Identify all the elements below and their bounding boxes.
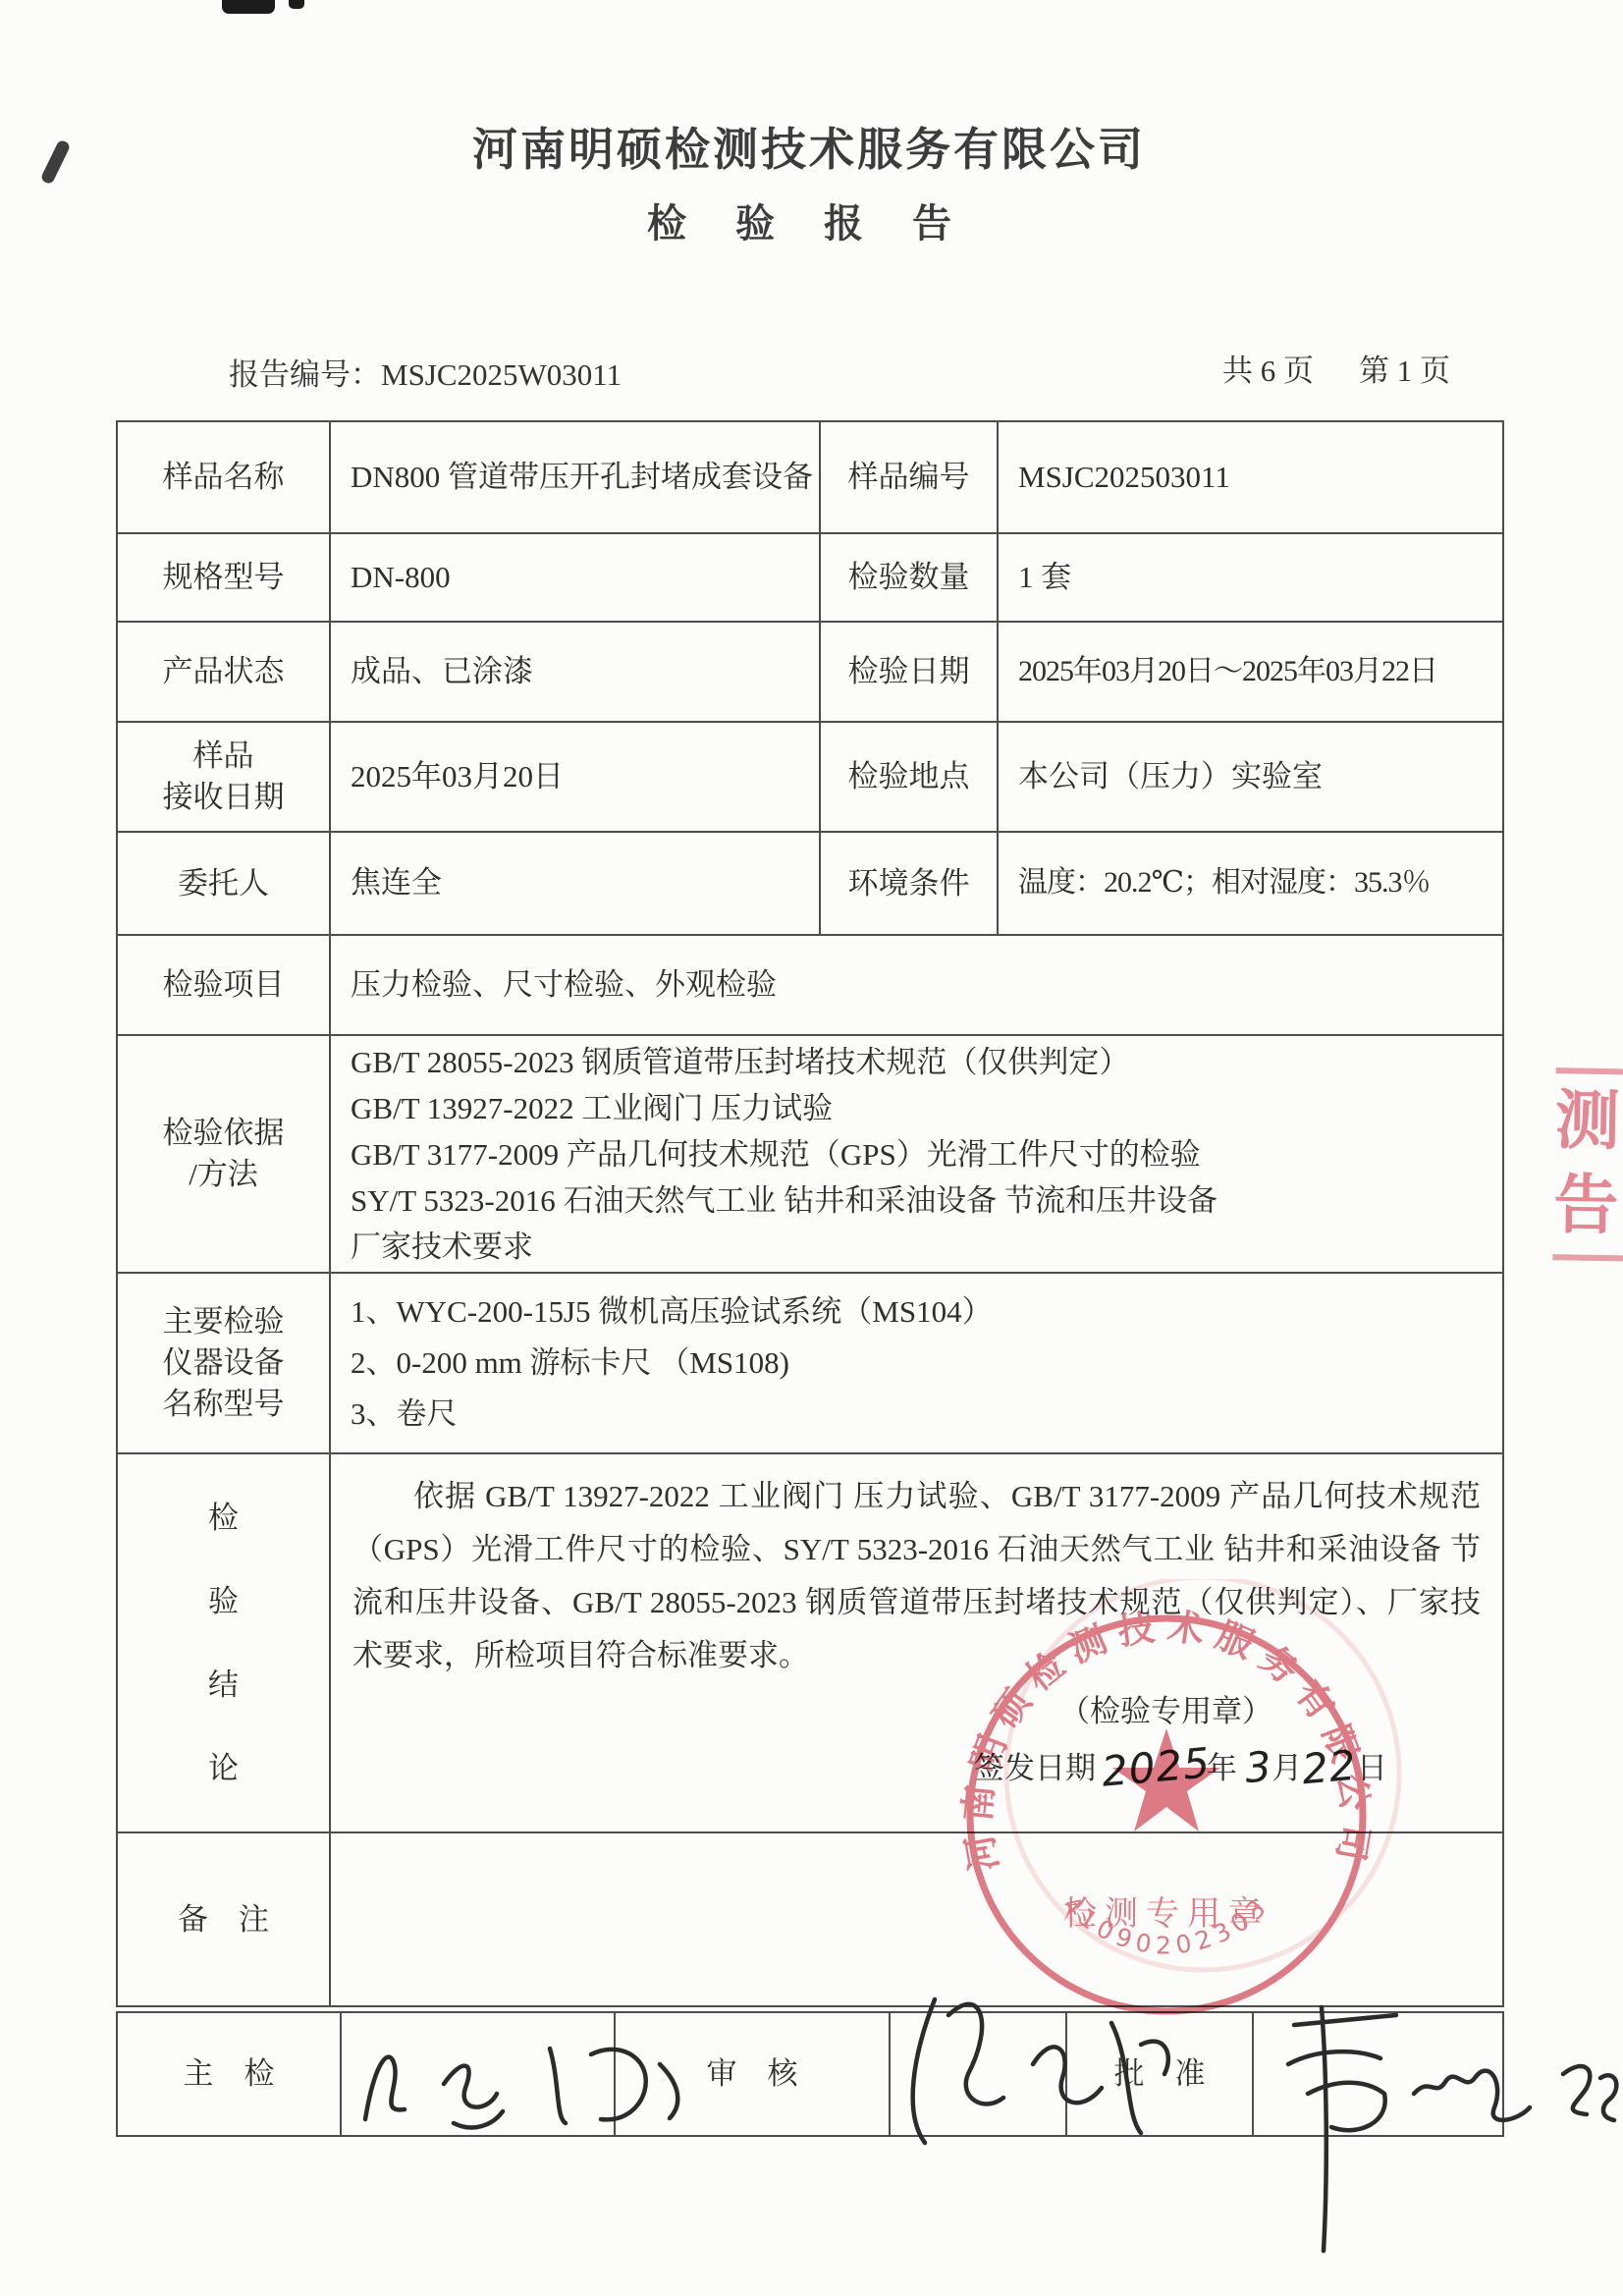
- report-no-value: MSJC2025W03011: [381, 357, 622, 392]
- items-value: 压力检验、尺寸检验、外观检验: [330, 935, 1503, 1035]
- env-value: 温度：20.2℃；相对湿度：35.3％: [998, 832, 1503, 935]
- instrument-line: 3、卷尺: [351, 1389, 1502, 1440]
- basis-line: SY/T 5323-2016 石油天然气工业 钻井和采油设备 节流和压井设备: [351, 1177, 1502, 1224]
- sample-name-value: DN800 管道带压开孔封堵成套设备: [330, 421, 820, 533]
- instrument-line: 2、0-200 mm 游标卡尺 （MS108): [351, 1338, 1502, 1389]
- place-label: 检验地点: [820, 722, 998, 832]
- approver-signature-cell: [1253, 2012, 1503, 2136]
- basis-line: GB/T 13927-2022 工业阀门 压力试验: [351, 1085, 1502, 1131]
- client-label: 委托人: [117, 832, 330, 935]
- sample-name-label: 样品名称: [117, 421, 330, 533]
- inspector-label: 主 检: [117, 2012, 341, 2136]
- qty-label: 检验数量: [820, 533, 998, 622]
- report-table: 样品名称 DN800 管道带压开孔封堵成套设备 样品编号 MSJC2025030…: [116, 420, 1504, 2007]
- report-no-label: 报告编号：: [229, 357, 381, 392]
- scan-smudge: [40, 138, 72, 185]
- basis-line: GB/T 28055-2023 钢质管道带压封堵技术规范（仅供判定）: [351, 1039, 1502, 1085]
- handwritten-day: 22: [1300, 1742, 1358, 1794]
- qty-value: 1 套: [998, 533, 1503, 622]
- scan-smudge: [289, 0, 304, 9]
- date-value: 2025年03月20日～2025年03月22日: [998, 622, 1503, 722]
- remark-value: [330, 1832, 1503, 2006]
- approver-label: 批 准: [1066, 2012, 1253, 2136]
- env-label: 环境条件: [820, 832, 998, 935]
- place-value: 本公司（压力）实验室: [998, 722, 1503, 832]
- basis-value: GB/T 28055-2023 钢质管道带压封堵技术规范（仅供判定） GB/T …: [330, 1035, 1503, 1273]
- basis-line: GB/T 3177-2009 产品几何技术规范（GPS）光滑工件尺寸的检验: [351, 1131, 1502, 1177]
- report-number-line: 报告编号：MSJC2025W03011: [229, 350, 622, 394]
- seal-note: （检验专用章）: [1059, 1692, 1502, 1731]
- basis-line: 厂家技术要求: [351, 1224, 1502, 1270]
- conclusion-cell: 依据 GB/T 13927-2022 工业阀门 压力试验、GB/T 3177-2…: [330, 1453, 1503, 1832]
- spec-label: 规格型号: [117, 533, 330, 622]
- state-value: 成品、已涂漆: [330, 622, 820, 722]
- pages-total: 共 6 页: [1222, 354, 1314, 388]
- instruments-label: 主要检验 仪器设备 名称型号: [117, 1273, 330, 1453]
- reviewer-label: 审 核: [615, 2012, 890, 2136]
- instrument-line: 1、WYC-200-15J5 微机高压验试系统（MS104）: [351, 1286, 1502, 1338]
- signature-row: 主 检 审 核 批 准: [116, 2011, 1504, 2137]
- conclusion-label: 检 验 结 论: [117, 1453, 330, 1832]
- inspector-signature-cell: [341, 2012, 615, 2136]
- handwritten-month: 3: [1243, 1743, 1274, 1792]
- sign-date-label: 签发日期: [974, 1751, 1096, 1785]
- company-title: 河南明硕检测技术服务有限公司: [116, 114, 1502, 179]
- sign-date-line: 签发日期2025年 3月22日: [974, 1741, 1502, 1792]
- state-label: 产品状态: [117, 622, 330, 722]
- report-page: 河南明硕检测技术服务有限公司 检 验 报 告 报告编号：MSJC2025W030…: [0, 0, 1623, 2296]
- sample-no-label: 样品编号: [820, 421, 998, 533]
- page-current: 第 1 页: [1359, 354, 1450, 388]
- sample-no-value: MSJC202503011: [998, 421, 1503, 533]
- items-label: 检验项目: [117, 935, 330, 1035]
- handwritten-year: 2025: [1100, 1739, 1213, 1795]
- page-info: 共 6 页第 1 页: [1222, 346, 1450, 390]
- client-value: 焦连全: [330, 832, 820, 935]
- scan-smudge: [222, 0, 275, 14]
- edge-seal-fragment: 测 告: [1552, 1067, 1623, 1262]
- receive-date-label: 样品 接收日期: [117, 722, 330, 832]
- remark-label: 备 注: [117, 1832, 330, 2006]
- reviewer-signature-cell: [890, 2012, 1066, 2136]
- receive-date-value: 2025年03月20日: [330, 722, 820, 832]
- basis-label: 检验依据 /方法: [117, 1035, 330, 1273]
- doc-title: 检 验 报 告: [116, 192, 1502, 248]
- conclusion-text: 依据 GB/T 13927-2022 工业阀门 压力试验、GB/T 3177-2…: [331, 1454, 1502, 1682]
- date-label: 检验日期: [820, 622, 998, 722]
- instruments-value: 1、WYC-200-15J5 微机高压验试系统（MS104） 2、0-200 m…: [330, 1273, 1503, 1453]
- spec-value: DN-800: [330, 533, 820, 622]
